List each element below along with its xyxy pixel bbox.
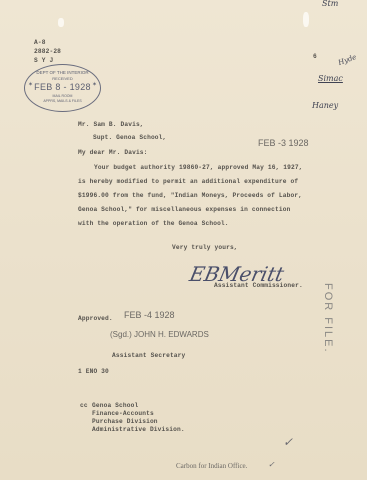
approval-title: Assistant Secretary <box>112 352 185 359</box>
handwritten-mark: ✓ <box>268 460 275 469</box>
approval-signed: (Sgd.) JOHN H. EDWARDS <box>110 330 209 339</box>
file-ref-1: A-8 <box>34 39 46 46</box>
paper-tear <box>303 12 309 27</box>
paper-tear <box>58 18 64 27</box>
salutation: My dear Mr. Davis: <box>78 149 148 156</box>
for-file-stamp: FOR FILE. <box>322 283 334 354</box>
signer-title: Assistant Commissioner. <box>214 282 303 289</box>
body-line: with the operation of the Genoa School. <box>78 220 229 227</box>
letter-page: Stm A-8 2882-28 S Y J ✶ ✶ DEPT OF THE IN… <box>0 0 367 480</box>
date-stamp: FEB -3 1928 <box>258 138 309 148</box>
handwritten-initial: Haney <box>312 101 338 110</box>
handwritten-initial: Stm <box>322 0 338 8</box>
stamp-date: FEB 8 - 1928 <box>25 82 100 92</box>
file-ref-2: 2882-28 <box>34 48 61 55</box>
approval-label: Approved. <box>78 315 113 322</box>
body-line: is hereby modified to permit an addition… <box>78 178 298 185</box>
stamp-received: RECEIVED <box>25 76 100 81</box>
stamp-dept: DEPT OF THE INTERIOR <box>25 70 100 75</box>
closing: Very truly yours, <box>172 244 238 251</box>
cc-recipient: Finance-Accounts <box>92 410 154 417</box>
addressee-title: Supt. Genoa School, <box>93 134 166 141</box>
handwritten-initial: Hyde <box>337 53 357 67</box>
cc-recipient: Administrative Division. <box>92 426 185 433</box>
stamp-line5: APPRS, MAILS & FILES <box>25 99 100 103</box>
body-line: Your budget authority 19860-27, approved… <box>94 164 303 171</box>
page-number: 6 <box>313 53 317 60</box>
carbon-note: Carbon for Indian Office. <box>176 462 247 470</box>
cc-recipient: Purchase Division <box>92 418 158 425</box>
body-line: Genoa School," for miscellaneous expense… <box>78 206 290 213</box>
check-mark-icon: ✓ <box>283 435 293 449</box>
approval-date: FEB -4 1928 <box>124 310 175 320</box>
addressee-name: Mr. Sam B. Davis, <box>78 121 144 128</box>
body-line: $1996.00 from the fund, "Indian Moneys, … <box>78 192 302 199</box>
handwritten-initial: Simac <box>318 74 343 83</box>
stamp-line4: MAIL ROOM <box>25 94 100 98</box>
reference-code: 1 ENO 30 <box>78 368 109 375</box>
cc-prefix: cc <box>80 402 88 409</box>
cc-recipient: Genoa School <box>92 402 138 409</box>
file-ref-3: S Y J <box>34 57 53 64</box>
received-stamp: ✶ ✶ DEPT OF THE INTERIOR RECEIVED FEB 8 … <box>24 64 101 112</box>
